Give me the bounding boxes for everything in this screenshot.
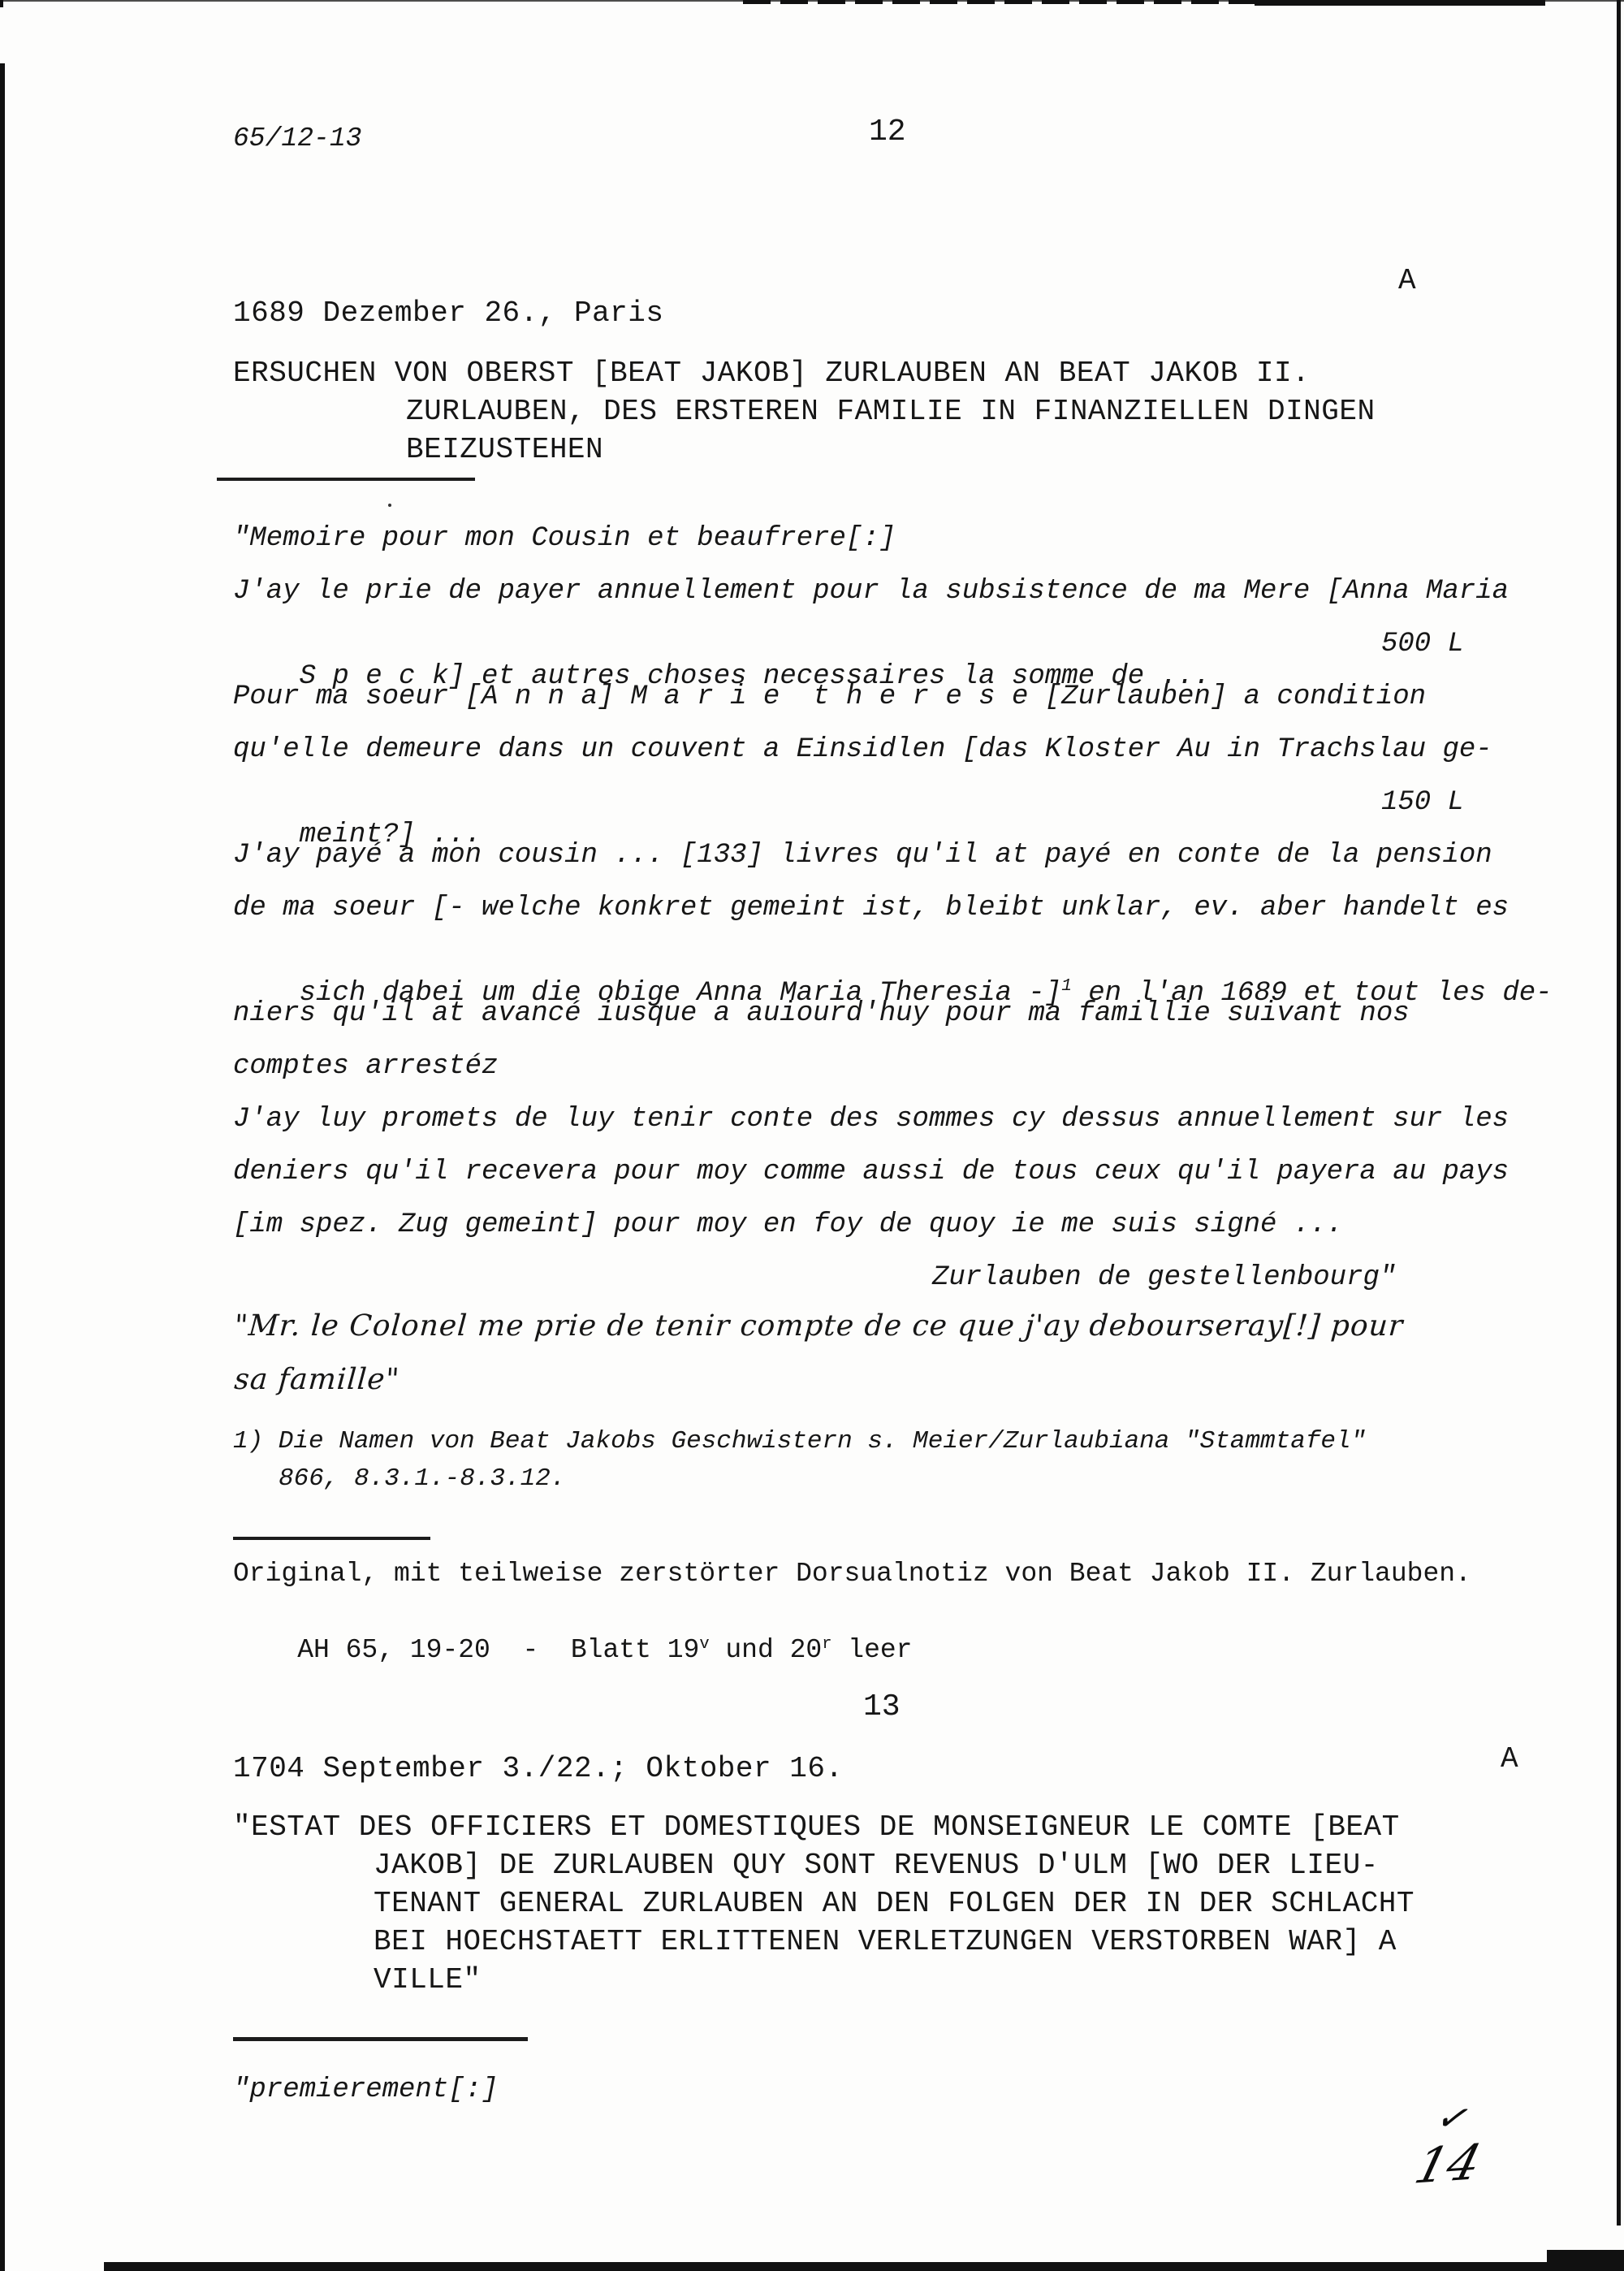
amount-value: 500 L bbox=[1381, 628, 1464, 660]
quote-line: J'ay payé a mon cousin ... [133] livres … bbox=[233, 839, 1492, 872]
quote-line: qu'elle demeure dans un couvent a Einsid… bbox=[233, 733, 1492, 766]
quote-line: niers qu'il at avancé iusque a auiourd'h… bbox=[233, 997, 1410, 1030]
scanned-document-page: 65/12-13 12 A 1689 Dezember 26., Paris E… bbox=[0, 0, 1624, 2271]
scan-speck bbox=[388, 504, 391, 507]
notary-script-line: "Mr. le Colonel me prie de tenir compte … bbox=[233, 1309, 1405, 1343]
entry13-title-line: JAKOB] DE ZURLAUBEN QUY SONT REVENUS D'U… bbox=[374, 1849, 1379, 1882]
entry12-title-line: BEIZUSTEHEN bbox=[406, 434, 603, 466]
divider-rule-provenance bbox=[233, 1537, 430, 1540]
entry13-date: 1704 September 3./22.; Oktober 16. bbox=[233, 1753, 844, 1785]
entry12-number: 12 bbox=[869, 116, 906, 149]
divider-rule-entry13 bbox=[233, 2037, 528, 2041]
quote-line: deniers qu'il recevera pour moy comme au… bbox=[233, 1156, 1509, 1188]
scan-edge-left bbox=[0, 63, 5, 2271]
footnote-line: 1) Die Namen von Beat Jakobs Geschwister… bbox=[233, 1426, 1366, 1457]
provenance-text: leer bbox=[831, 1635, 912, 1665]
amount-value: 150 L bbox=[1381, 786, 1464, 819]
entry13-number: 13 bbox=[863, 1691, 901, 1724]
scan-edge-bottom-right-corner bbox=[1547, 2250, 1624, 2271]
footnote-line: 866, 8.3.1.-8.3.12. bbox=[279, 1464, 565, 1495]
archive-ref: 65/12-13 bbox=[233, 123, 361, 154]
entry13-title-line: "ESTAT DES OFFICIERS ET DOMESTIQUES DE M… bbox=[233, 1811, 1400, 1844]
scan-edge-left-top-nub bbox=[0, 0, 3, 7]
quote-line: "Memoire pour mon Cousin et beaufrere[:] bbox=[233, 522, 896, 555]
quote-line: J'ay luy promets de luy tenir conte des … bbox=[233, 1103, 1509, 1135]
scan-edge-bottom bbox=[104, 2262, 1624, 2271]
signature-line: Zurlauben de gestellenbourg" bbox=[932, 1261, 1396, 1294]
entry13-title-line: BEI HOECHSTAETT ERLITTENEN VERLETZUNGEN … bbox=[374, 1926, 1397, 1958]
scan-edge-top-band-solid bbox=[1255, 0, 1545, 6]
entry12-date: 1689 Dezember 26., Paris bbox=[233, 297, 663, 330]
scan-edge-top-band-broken bbox=[743, 0, 1255, 4]
entry13-title-line: TENANT GENERAL ZURLAUBEN AN DEN FOLGEN D… bbox=[374, 1888, 1415, 1920]
footnote-ref-marker: 1 bbox=[1061, 976, 1072, 996]
entry13-corner-letter: A bbox=[1501, 1743, 1518, 1776]
notary-script-line: sa famille" bbox=[233, 1363, 401, 1397]
quote-line: comptes arrestéz bbox=[233, 1050, 498, 1083]
entry12-title-line: ZURLAUBEN, DES ERSTEREN FAMILIE IN FINAN… bbox=[406, 396, 1376, 428]
handwritten-page-number: 14 bbox=[1409, 2134, 1487, 2195]
provenance-text: und 20 bbox=[710, 1635, 823, 1665]
provenance-line: Original, mit teilweise zerstörter Dorsu… bbox=[233, 1558, 1471, 1590]
handwritten-checkmark: ✓ bbox=[1432, 2094, 1470, 2142]
quote-line: J'ay le prie de payer annuellement pour … bbox=[233, 575, 1509, 608]
divider-rule-entry12-top bbox=[217, 478, 475, 481]
folio-verso-mark: v bbox=[699, 1635, 709, 1654]
quote-line: Pour ma soeur [A n n a] M a r i e t h e … bbox=[233, 681, 1426, 713]
provenance-line-with-folio-marks: AH 65, 19-20 - Blatt 19v und 20r leer bbox=[233, 1602, 913, 1702]
quote-line: de ma soeur [- welche konkret gemeint is… bbox=[233, 892, 1509, 924]
entry12-corner-letter: A bbox=[1398, 265, 1416, 297]
scan-edge-right bbox=[1617, 0, 1621, 2226]
folio-recto-mark: r bbox=[822, 1635, 831, 1654]
entry12-title-line: ERSUCHEN VON OBERST [BEAT JAKOB] ZURLAUB… bbox=[233, 357, 1310, 390]
provenance-text: AH 65, 19-20 - Blatt 19 bbox=[297, 1635, 699, 1665]
quote-line: [im spez. Zug gemeint] pour moy en foy d… bbox=[233, 1209, 1343, 1241]
entry13-title-line: VILLE" bbox=[374, 1964, 482, 1996]
entry13-quote-line: "premierement[:] bbox=[233, 2074, 498, 2106]
